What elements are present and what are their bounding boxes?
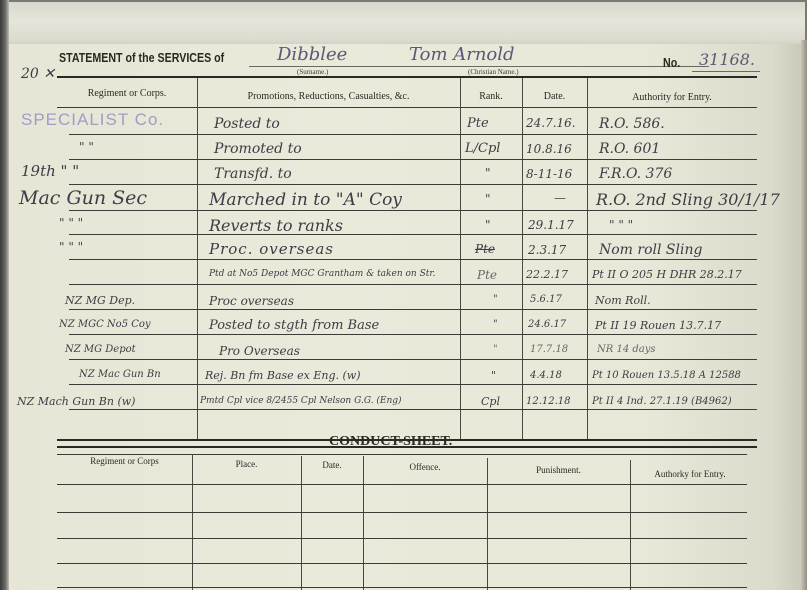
row-date: 10.8.16 [526,142,572,156]
row-event: Posted to [214,116,280,132]
row-event: Pro Overseas [219,344,300,358]
row-rule [69,184,757,185]
row-rank: " [491,369,496,382]
row-rank: L/Cpl [465,141,500,156]
row-date: 8-11-16 [526,167,572,181]
margin-note: 20 ✕ [21,66,55,82]
row-rule [69,234,757,235]
row-authority: F.R.O. 376 [599,166,672,182]
row-rule [69,309,757,310]
conduct-row-rule [57,484,747,485]
row-rank: " [485,192,491,206]
conduct-sheet-title: CONDUCT-SHEET. [329,434,452,450]
conduct-col-4 [487,458,488,590]
conduct-row-rule [57,538,747,539]
surname-label: (Surname.) [297,68,328,76]
row-event: Rej. Bn fm Base ex Eng. (w) [205,369,361,382]
row-authority: Nom Roll. [595,294,651,307]
row-date: 12.12.18 [526,396,571,407]
row-regiment: " " " [59,216,83,230]
conduct-header-regiment: Regiment or Corps [57,456,192,466]
conduct-col-1 [192,454,193,590]
row-authority: R.O. 2nd Sling 30/1/17 [596,190,780,209]
col-header-promotions: Promotions, Reductions, Casualties, &c. [197,91,460,102]
row-authority: Pt II 4 Ind. 27.1.19 (B4962) [592,396,732,407]
row-regiment: 19th " " [21,162,79,180]
service-record-sheet: STATEMENT of the SERVICES of Dibblee (Su… [9,44,805,590]
row-regiment: NZ Mach Gun Bn (w) [17,395,135,408]
row-date: — [554,191,566,205]
row-event: Transfd. to [214,166,292,182]
title-prefix: STATEMENT of the SERVICES of [59,50,224,65]
conduct-header-place: Place. [192,459,301,469]
row-authority: Pt 10 Rouen 13.5.18 A 12588 [592,370,741,381]
christian-name-value: Tom Arnold [409,44,515,65]
col-header-authority: Authority for Entry. [587,92,757,103]
col-header-regiment: Regiment or Corps. [57,88,197,99]
surname-value: Dibblee [277,44,347,65]
row-date: 29.1.17 [528,218,574,232]
row-regiment: " " [79,140,94,154]
conduct-col-3 [363,456,364,590]
row-authority: R.O. 601 [599,141,660,157]
row-rank: Cpl [481,395,500,408]
row-authority: R.O. 586. [599,116,665,132]
conduct-header-date: Date. [301,460,363,470]
row-authority: Pt II 19 Rouen 13.7.17 [595,319,721,332]
row-date: 2.3.17 [528,243,566,257]
row-rank: " [493,344,498,355]
row-date: 24.7.16. [526,116,576,130]
row-date: 17.7.18 [530,344,568,355]
row-rule [69,210,757,211]
header-bottom-rule [57,107,757,108]
row-regiment: NZ MGC No5 Coy [59,319,151,330]
row-event: Promoted to [214,141,302,157]
number-underline [692,71,760,72]
conduct-row-rule [57,587,747,588]
conduct-col-5 [630,460,631,590]
conduct-col-2 [301,456,302,590]
row-rank: Pte [475,242,495,256]
row-rule [69,259,757,260]
conduct-header-authority: Authorky for Entry. [630,469,750,479]
row-event: Proc. overseas [209,240,334,258]
row-rule [69,359,757,360]
row-regiment: NZ Mac Gun Bn [79,369,161,380]
conduct-row-rule [57,563,747,564]
row-rank: " [493,319,498,330]
col-header-date: Date. [522,91,587,102]
row-rule [69,134,757,135]
row-regiment: " " " [59,240,83,254]
row-authority: NR 14 days [597,344,656,355]
row-rule [69,284,757,285]
conduct-header-top [57,454,747,455]
row-authority: Nom roll Sling [599,242,702,258]
row-rule [69,334,757,335]
row-date: 24.6.17 [528,319,566,330]
row-regiment: NZ MG Dep. [65,294,135,307]
page-edge-shadow [801,40,807,590]
row-rank: Pte [467,116,489,131]
row-date: 5.6.17 [530,294,562,305]
row-date: 4.4.18 [530,370,562,381]
row-rule [69,409,757,410]
folded-page-edge [7,2,805,50]
conduct-row-rule [57,512,747,513]
scan-frame: STATEMENT of the SERVICES of Dibblee (Su… [0,0,807,590]
row-event: Pmtd Cpl vice 8/2455 Cpl Nelson G.G. (En… [200,396,402,406]
conduct-header-punishment: Punishment. [487,465,630,475]
row-rule [69,159,757,160]
table-top-rule [57,76,757,78]
name-underline [249,66,709,67]
row-authority: " " " [609,218,633,232]
christian-name-label: (Christian Name.) [468,68,519,76]
row-regiment: NZ MG Depot [65,344,136,355]
service-number: 31168. [699,50,755,69]
conduct-header-offence: Offence. [363,462,487,472]
row-rank: " [485,166,491,180]
row-rank: " [493,294,498,305]
row-event: Proc overseas [209,294,294,308]
row-event: Reverts to ranks [209,216,343,235]
row-event: Ptd at No5 Depot MGC Grantham & taken on… [209,269,436,279]
specialist-stamp: SPECIALIST Co. [21,110,164,130]
row-authority: Pt II O 205 H DHR 28.2.17 [592,268,742,281]
row-date: 22.2.17 [526,268,568,281]
row-rule [69,384,757,385]
row-rank: Pte [477,268,497,282]
row-event: Marched in to "A" Coy [209,190,402,210]
row-event: Posted to stgth from Base [209,318,379,333]
row-regiment: Mac Gun Sec [19,187,147,209]
number-label: No. [663,55,680,70]
row-rank: " [485,218,491,232]
col-header-rank: Rank. [460,91,522,102]
binding-edge [0,0,9,590]
